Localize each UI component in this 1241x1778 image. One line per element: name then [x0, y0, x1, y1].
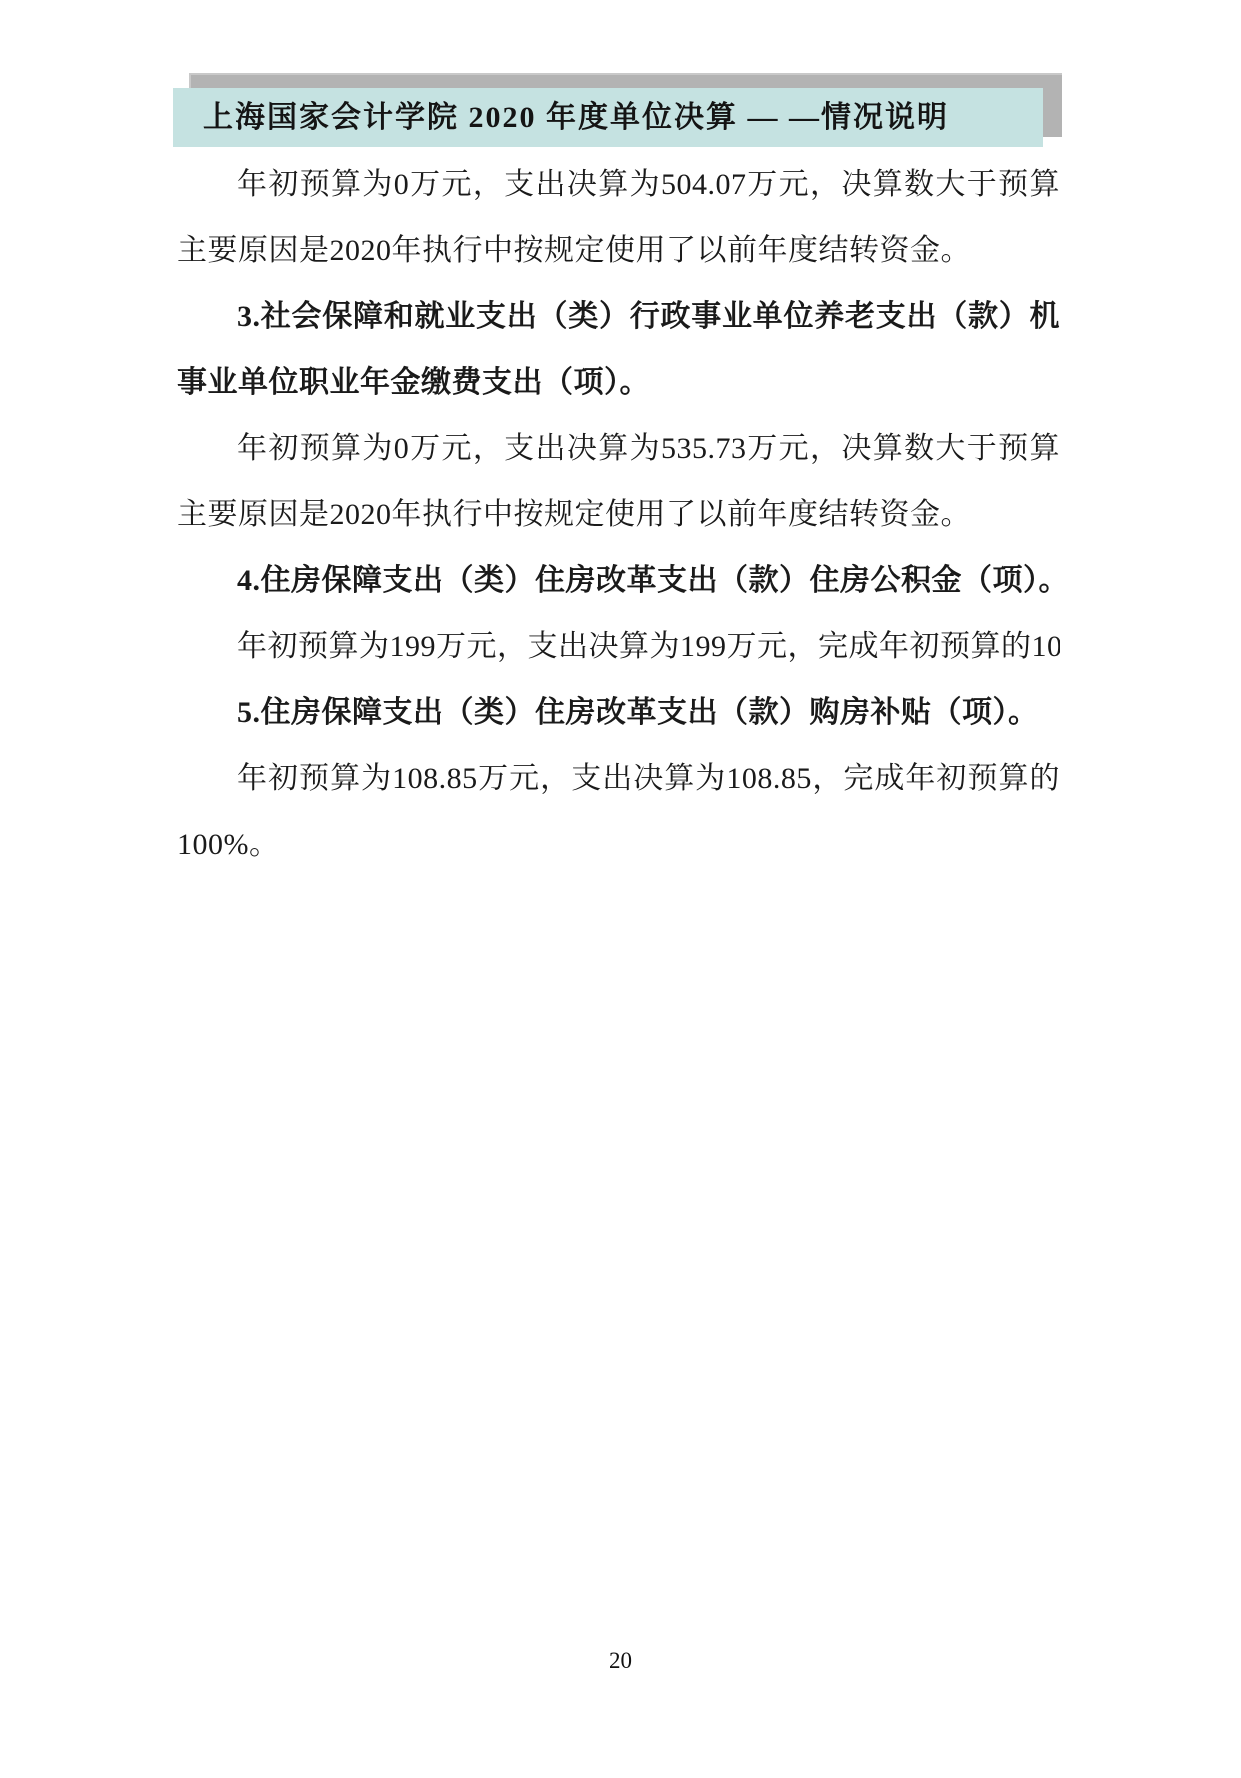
- document-line: 年初预算为199万元，支出决算为199万元，完成年初预算的100%。: [177, 614, 1060, 680]
- document-line: 年初预算为108.85万元，支出决算为108.85，完成年初预算的: [177, 746, 1060, 812]
- document-heading-line: 3.社会保障和就业支出（类）行政事业单位养老支出（款）机关: [177, 284, 1060, 350]
- page-number: 20: [0, 1648, 1241, 1674]
- document-line: 年初预算为0万元，支出决算为504.07万元，决算数大于预算数的: [177, 152, 1060, 218]
- document-page: 上海国家会计学院 2020 年度单位决算 — —情况说明 年初预算为0万元，支出…: [0, 0, 1241, 1778]
- document-heading-line: 5.住房保障支出（类）住房改革支出（款）购房补贴（项）。: [177, 680, 1060, 746]
- document-heading-line: 4.住房保障支出（类）住房改革支出（款）住房公积金（项）。: [177, 548, 1060, 614]
- document-line: 主要原因是2020年执行中按规定使用了以前年度结转资金。: [177, 482, 1060, 548]
- header-title: 上海国家会计学院 2020 年度单位决算 — —情况说明: [203, 88, 1035, 147]
- document-body: 年初预算为0万元，支出决算为504.07万元，决算数大于预算数的 主要原因是20…: [177, 152, 1060, 878]
- document-line: 年初预算为0万元，支出决算为535.73万元，决算数大于预算数的: [177, 416, 1060, 482]
- document-heading-line: 事业单位职业年金缴费支出（项）。: [177, 350, 1060, 416]
- document-line: 100%。: [177, 812, 1060, 878]
- document-line: 主要原因是2020年执行中按规定使用了以前年度结转资金。: [177, 218, 1060, 284]
- header-banner: 上海国家会计学院 2020 年度单位决算 — —情况说明: [173, 88, 1043, 147]
